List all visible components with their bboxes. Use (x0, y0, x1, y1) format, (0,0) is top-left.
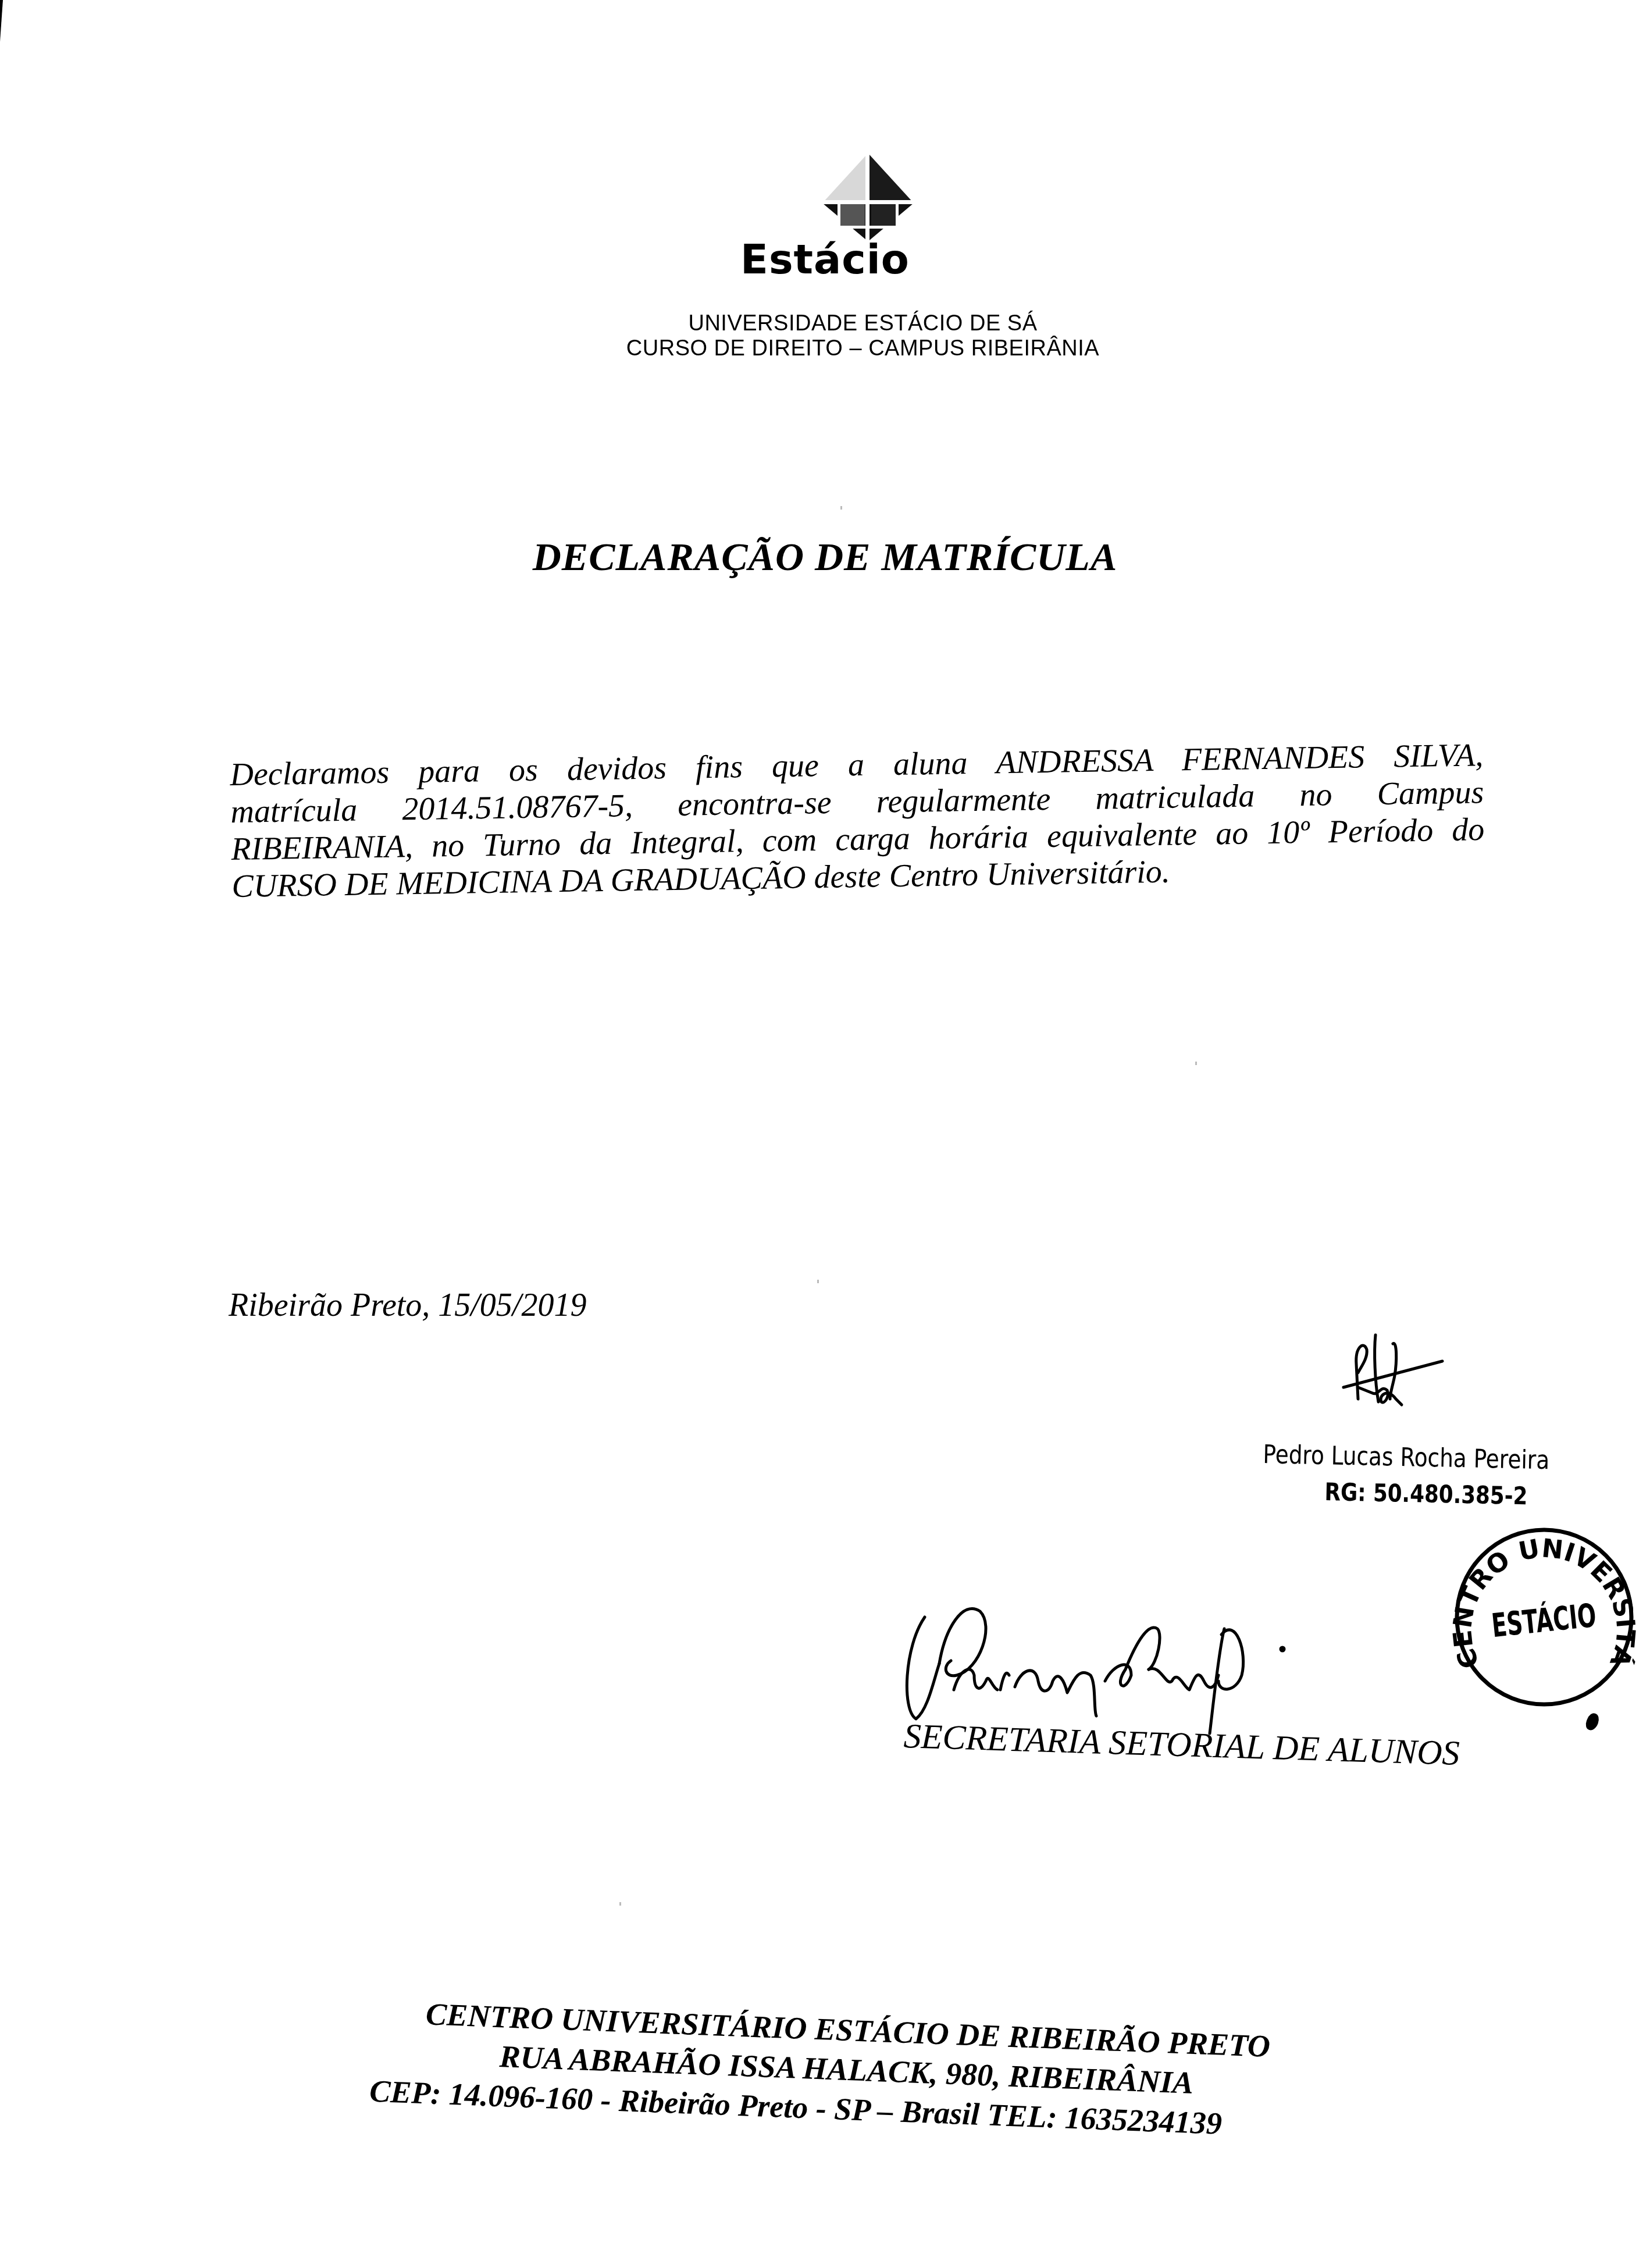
scan-speck (840, 506, 842, 510)
handwritten-signature-icon (893, 1594, 1416, 1739)
document-title: DECLARAÇÃO DE MATRÍCULA (0, 534, 1650, 580)
svg-text:ESTÁCIO: ESTÁCIO (1490, 1597, 1598, 1645)
round-stamp-icon: CENTRO UNIVERSITÁRIO ESTÁCIO (1448, 1521, 1640, 1713)
svg-text:CENTRO UNIVERSITÁRIO: CENTRO UNIVERSITÁRIO (1448, 1521, 1640, 1672)
signer-rg: RG: 50.480.385-2 (1324, 1477, 1528, 1510)
scan-speck (619, 1902, 621, 1906)
handwritten-signature-icon (1332, 1329, 1448, 1416)
signer-name: Pedro Lucas Rocha Pereira (1263, 1440, 1550, 1475)
estacio-diamond-logo-icon (811, 150, 922, 243)
place-date: Ribeirão Preto, 15/05/2019 (229, 1287, 586, 1324)
course-campus: CURSO DE DIREITO – CAMPUS RIBEIRÂNIA (38, 336, 1650, 361)
ink-mark (1584, 1711, 1601, 1732)
footer-address: CENTRO UNIVERSITÁRIO ESTÁCIO DE RIBEIRÃO… (373, 1992, 1320, 2147)
scan-speck (817, 1280, 819, 1283)
scan-edge-mark (0, 0, 3, 44)
scan-speck (1195, 1062, 1197, 1065)
institution-name: UNIVERSIDADE ESTÁCIO DE SÁ (38, 311, 1650, 336)
brand-name: Estácio (0, 236, 1650, 283)
declaration-body: Declaramos para os devidos fins que a al… (230, 736, 1485, 905)
